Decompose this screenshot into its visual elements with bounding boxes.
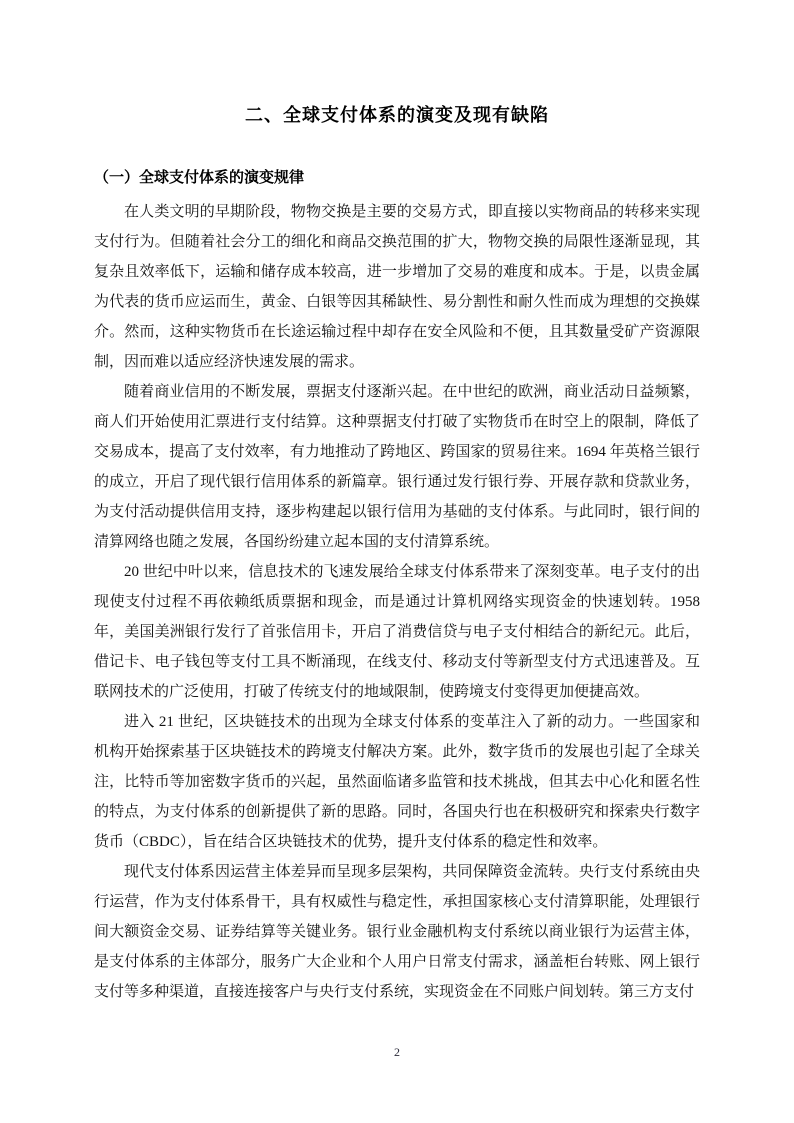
paragraph-1: 在人类文明的早期阶段，物物交换是主要的交易方式，即直接以实物商品的转移来实现支付… bbox=[94, 197, 700, 377]
section-heading: （一）全球支付体系的演变规律 bbox=[94, 167, 700, 189]
paragraph-3: 20 世纪中叶以来，信息技术的飞速发展给全球支付体系带来了深刻变革。电子支付的出… bbox=[94, 557, 700, 707]
body-text: 在人类文明的早期阶段，物物交换是主要的交易方式，即直接以实物商品的转移来实现支付… bbox=[94, 197, 700, 1007]
page-number: 2 bbox=[0, 1045, 794, 1059]
paragraph-4: 进入 21 世纪，区块链技术的出现为全球支付体系的变革注入了新的动力。一些国家和… bbox=[94, 707, 700, 857]
paragraph-2: 随着商业信用的不断发展，票据支付逐渐兴起。在中世纪的欧洲，商业活动日益频繁，商人… bbox=[94, 377, 700, 557]
paragraph-5: 现代支付体系因运营主体差异而呈现多层架构，共同保障资金流转。央行支付系统由央行运… bbox=[94, 857, 700, 1007]
page-title: 二、全球支付体系的演变及现有缺陷 bbox=[94, 103, 700, 127]
document-page: 二、全球支付体系的演变及现有缺陷 （一）全球支付体系的演变规律 在人类文明的早期… bbox=[0, 0, 794, 1123]
